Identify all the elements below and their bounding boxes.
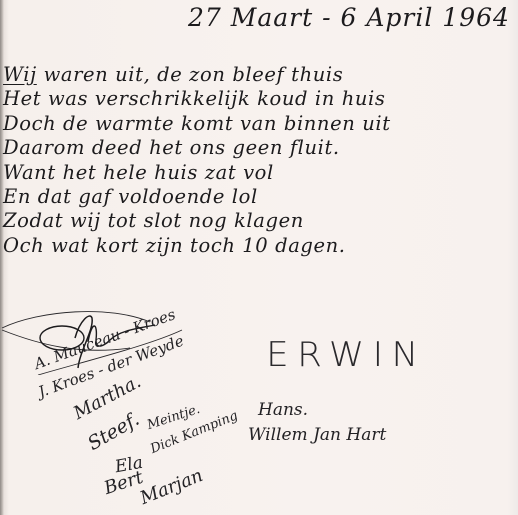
poem-line-5: Want het hele huis zat vol	[3, 161, 391, 185]
signature-marjan: Marjan	[137, 465, 206, 509]
poem-line-2: Het was verschrikkelijk koud in huis	[3, 87, 391, 111]
signature-willem-jan-hart: Willem Jan Hart	[248, 425, 386, 445]
signature-erwin: ERWIN	[266, 335, 426, 375]
poem-line-6: En dat gaf voldoende lol	[3, 185, 391, 209]
poem-line-8: Och wat kort zijn toch 10 dagen.	[3, 234, 391, 258]
poem-first-word: Wij	[3, 63, 37, 86]
poem-line-4: Daarom deed het ons geen fluit.	[3, 136, 391, 160]
poem-line-7: Zodat wij tot slot nog klagen	[3, 209, 391, 233]
poem-line-1: Wij waren uit, de zon bleef thuis	[3, 63, 391, 87]
guestbook-page: 27 Maart - 6 April 1964 Wij waren uit, d…	[0, 0, 518, 515]
signature-hans: Hans.	[258, 400, 308, 420]
poem: Wij waren uit, de zon bleef thuis Het wa…	[3, 63, 391, 258]
poem-line-1-rest: waren uit, de zon bleef thuis	[37, 63, 344, 86]
date-heading: 27 Maart - 6 April 1964	[188, 3, 510, 32]
poem-line-3: Doch de warmte komt van binnen uit	[3, 112, 391, 136]
